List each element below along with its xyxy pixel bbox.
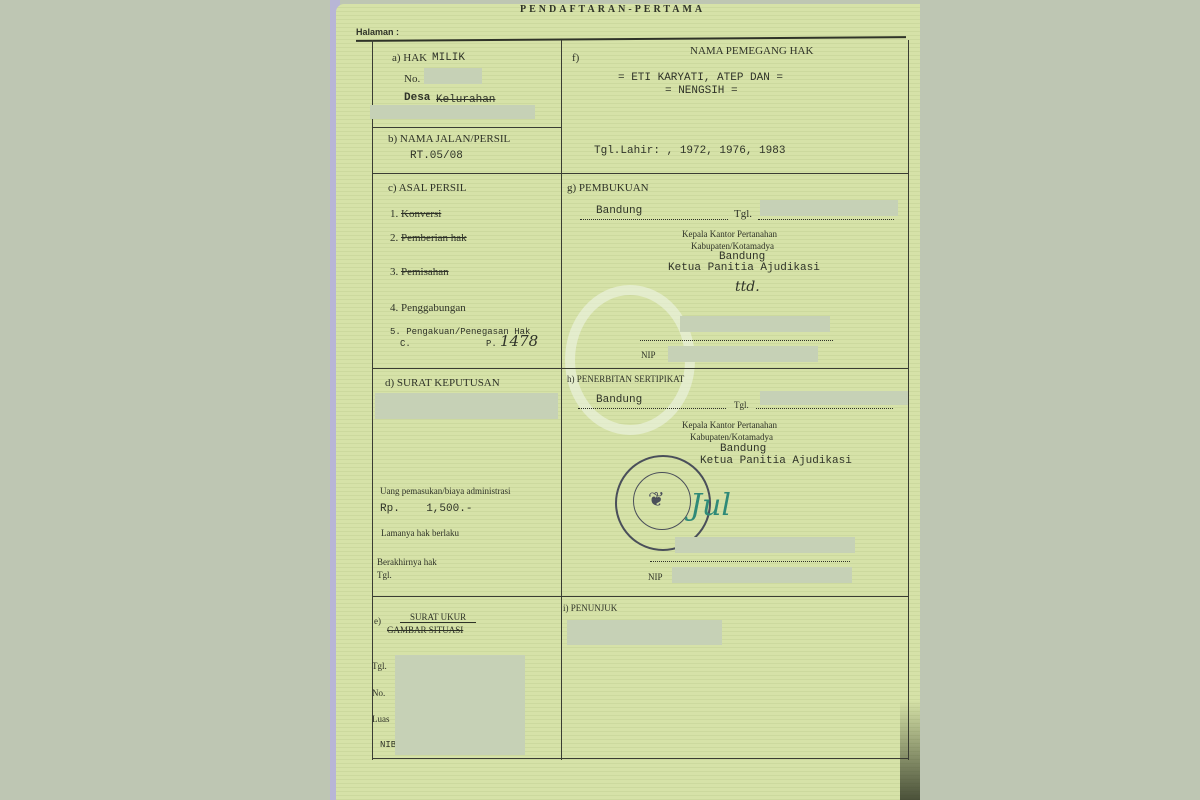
- garuda-emblem-icon: ❦: [648, 487, 665, 512]
- origin-item-3: 3. Pemisahan: [390, 266, 449, 278]
- issuance-signature: Jul: [690, 488, 731, 523]
- issuance-date-dotted-line: [756, 408, 893, 409]
- redacted-reference: [567, 620, 722, 645]
- item-num: 1.: [390, 208, 398, 220]
- situation-heading: GAMBAR SITUASI: [387, 625, 463, 635]
- row-divider-3: [372, 368, 909, 369]
- row-divider-1: [372, 127, 562, 128]
- right-type: MILIK: [432, 52, 465, 64]
- page-number-label: Halaman :: [356, 27, 399, 37]
- p-label: P.: [486, 339, 497, 349]
- issuance-committee-title: Ketua Panitia Ajudikasi: [700, 455, 852, 467]
- left-border: [372, 40, 373, 760]
- item-num: 3.: [390, 266, 398, 278]
- city-dotted-line: [580, 219, 728, 220]
- item-text: Pemisahan: [401, 266, 449, 278]
- redacted-issuance-date: [760, 391, 908, 405]
- redacted-village: [370, 105, 535, 119]
- desa-label: Desa: [404, 92, 430, 104]
- issuance-name-dotted-line: [650, 561, 850, 562]
- issuance-office-line-2: Kabupaten/Kotamadya: [690, 432, 773, 442]
- issuance-tgl-label: Tgl.: [734, 400, 749, 410]
- section-h-label: h) PENERBITAN SERTIPIKAT: [567, 374, 684, 384]
- issuance-office-city: Bandung: [720, 443, 766, 455]
- holders-line-1: = ETI KARYATI, ATEP DAN =: [618, 72, 783, 84]
- survey-nib-label: NIB: [380, 740, 396, 750]
- redacted-decree: [375, 393, 558, 419]
- fee-label: Uang pemasukan/biaya administrasi: [380, 486, 510, 496]
- section-e-label: e): [374, 616, 381, 626]
- document-title: PENDAFTARAN-PERTAMA: [520, 4, 705, 15]
- issuance-city: Bandung: [596, 394, 642, 406]
- nip-label: NIP: [641, 350, 656, 360]
- redacted-nip: [668, 346, 818, 362]
- bookkeeping-city: Bandung: [596, 205, 642, 217]
- holder-heading: NAMA PEMEGANG HAK: [690, 45, 813, 57]
- section-a-label: a) HAK: [392, 52, 427, 64]
- section-f-label: f): [572, 52, 579, 64]
- expiry-tgl-label: Tgl.: [377, 570, 392, 580]
- no-label: No.: [404, 73, 420, 85]
- redacted-number: [424, 68, 482, 84]
- c-label: C.: [400, 339, 411, 349]
- redacted-survey-details: [395, 655, 525, 755]
- origin-item-1: 1. Konversi: [390, 208, 441, 220]
- redacted-name: [680, 316, 830, 332]
- signature-ttd: ttd.: [735, 279, 760, 295]
- item-text: Konversi: [401, 208, 441, 220]
- center-divider: [561, 40, 562, 760]
- duration-label: Lamanya hak berlaku: [381, 528, 459, 538]
- section-i-label: i) PENUNJUK: [563, 603, 617, 613]
- section-b-label: b) NAMA JALAN/PERSIL: [388, 133, 510, 145]
- name-dotted-line: [640, 340, 833, 341]
- row-divider-4: [372, 596, 909, 597]
- row-divider-2: [372, 173, 909, 174]
- section-d-label: d) SURAT KEPUTUSAN: [385, 377, 500, 389]
- issuance-office-line-1: Kepala Kantor Pertanahan: [682, 420, 777, 430]
- redacted-issuance-name: [675, 537, 855, 553]
- survey-tgl-label: Tgl.: [372, 661, 387, 671]
- office-line-1: Kepala Kantor Pertanahan: [682, 229, 777, 239]
- page-corner-shadow: [900, 700, 920, 800]
- item-text: Pemberian hak: [401, 232, 467, 244]
- survey-no-label: No.: [372, 688, 385, 698]
- issuance-city-dotted-line: [578, 408, 726, 409]
- issuance-nip-label: NIP: [648, 572, 663, 582]
- redacted-issuance-nip: [672, 567, 852, 583]
- expiry-label: Berakhirnya hak: [377, 557, 437, 567]
- street-value: RT.05/08: [410, 150, 463, 162]
- item-num: 4.: [390, 302, 398, 314]
- right-border: [908, 40, 909, 760]
- section-g-label: g) PEMBUKUAN: [567, 182, 649, 194]
- p-handwritten-value: 1478: [500, 332, 538, 350]
- survey-heading: SURAT UKUR: [400, 612, 476, 623]
- committee-title: Ketua Panitia Ajudikasi: [668, 262, 820, 274]
- item-num: 2.: [390, 232, 398, 244]
- section-c-label: c) ASAL PERSIL: [388, 182, 466, 194]
- item-text: Penggabungan: [401, 302, 466, 314]
- redacted-date: [760, 200, 898, 216]
- holders-line-2: = NENGSIH =: [665, 85, 738, 97]
- birth-dates: Tgl.Lahir: , 1972, 1976, 1983: [594, 145, 785, 157]
- bottom-border: [372, 758, 909, 759]
- tgl-label: Tgl.: [734, 208, 752, 220]
- origin-item-4: 4. Penggabungan: [390, 302, 466, 314]
- item-num: 5.: [390, 327, 401, 337]
- office-line-2: Kabupaten/Kotamadya: [691, 241, 774, 251]
- fee-value: Rp. 1,500.-: [380, 503, 472, 515]
- date-dotted-line: [758, 219, 894, 220]
- origin-item-2: 2. Pemberian hak: [390, 232, 467, 244]
- survey-luas-label: Luas: [372, 714, 390, 724]
